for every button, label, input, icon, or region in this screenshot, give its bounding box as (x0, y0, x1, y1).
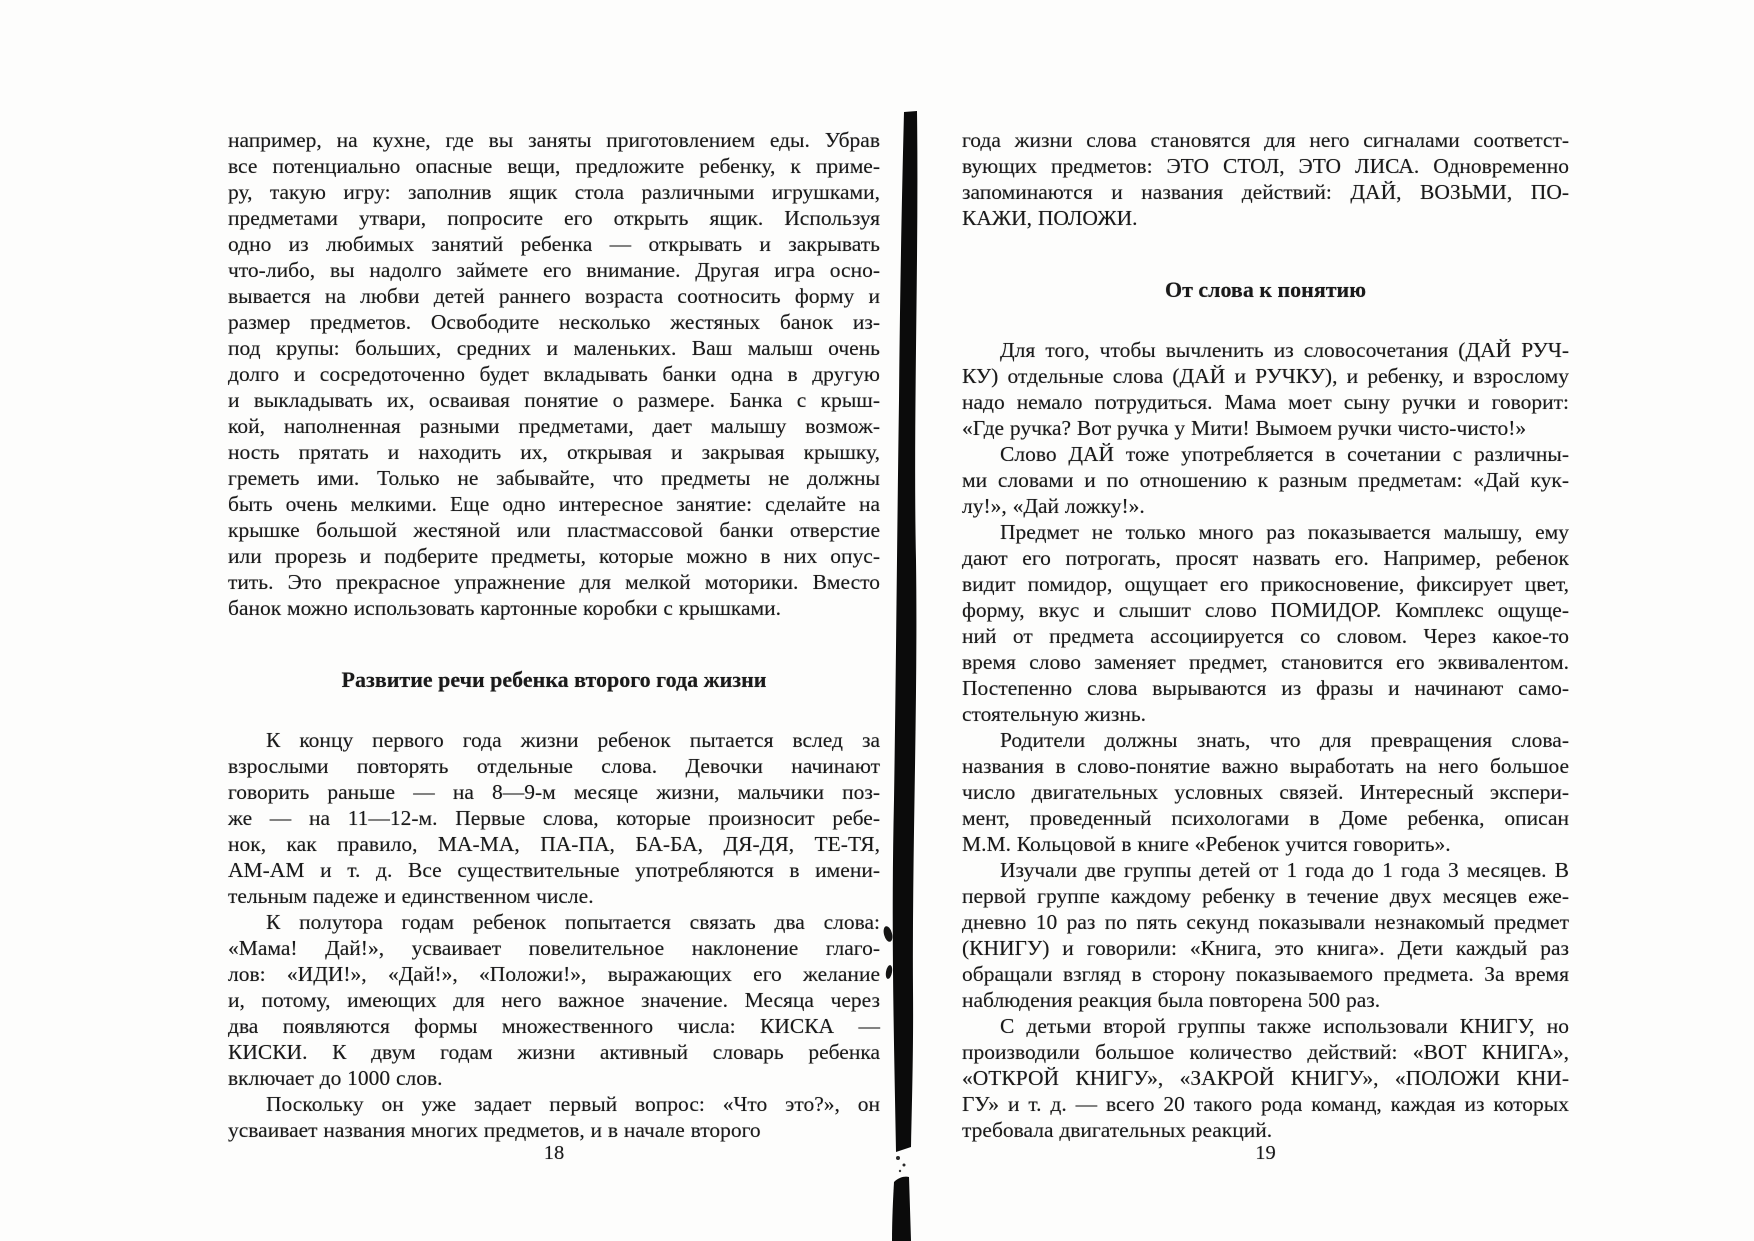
text-line: КАЖИ, ПОЛОЖИ. (962, 205, 1569, 231)
paragraph: К концу первого года жизни ребенок пытае… (228, 727, 880, 909)
text-line: число двигательных условных связей. Инте… (962, 779, 1569, 805)
text-line: что-либо, вы надолго займете его внимани… (228, 257, 880, 283)
text-line: говорить раньше — на 8—9-м месяце жизни,… (228, 779, 880, 805)
text-line: ГУ» и т. д. — всего 20 такого рода коман… (962, 1091, 1569, 1117)
text-line: Для того, чтобы вычленить из словосочета… (962, 337, 1569, 363)
text-line: тить. Это прекрасное упражнение для мелк… (228, 569, 880, 595)
section-heading: Развитие речи ребенка второго года жизни (228, 667, 880, 693)
page-number: 19 (962, 1140, 1569, 1166)
text-line: К полутора годам ребенок попытается связ… (228, 909, 880, 935)
text-line: Постепенно слова вырываются из фразы и н… (962, 675, 1569, 701)
gutter-shadow-bottom (892, 1177, 911, 1241)
text-line: включает до 1000 слов. (228, 1065, 880, 1091)
text-line: под крупы: больших, средних и маленьких.… (228, 335, 880, 361)
text-line: лов: «ИДИ!», «Дай!», «Положи!», выражающ… (228, 961, 880, 987)
text-line: Изучали две группы детей от 1 года до 1 … (962, 857, 1569, 883)
text-line: время слово заменяет предмет, становится… (962, 649, 1569, 675)
page-number: 18 (228, 1140, 880, 1166)
text-line: наблюдения реакция была повторена 500 ра… (962, 987, 1569, 1013)
paragraph: например, на кухне, где вы заняты пригот… (228, 127, 880, 621)
ink-speck (903, 1164, 906, 1167)
text-line: одно из любимых занятий ребенка — открыв… (228, 231, 880, 257)
text-line: банок можно использовать картонные короб… (228, 595, 880, 621)
paragraph: Для того, чтобы вычленить из словосочета… (962, 337, 1569, 441)
paragraph: года жизни слова становятся для него сиг… (962, 127, 1569, 231)
text-line: КУ) отдельные слова (ДАЙ и РУЧКУ), и реб… (962, 363, 1569, 389)
text-line: (КНИГУ) и говорили: «Книга, это книга». … (962, 935, 1569, 961)
text-line: С детьми второй группы также использовал… (962, 1013, 1569, 1039)
text-line: и, потому, имеющих для него важное значе… (228, 987, 880, 1013)
paragraph: С детьми второй группы также использовал… (962, 1013, 1569, 1143)
text-line: М.М. Кольцовой в книге «Ребенок учится г… (962, 831, 1569, 857)
text-line: обращали взгляд в сторону показываемого … (962, 961, 1569, 987)
text-line: «ОТКРОЙ КНИГУ», «ЗАКРОЙ КНИГУ», «ПОЛОЖИ … (962, 1065, 1569, 1091)
ink-speck (899, 1170, 901, 1172)
text-line: взрослыми повторять отдельные слова. Дев… (228, 753, 880, 779)
ink-speck (882, 925, 894, 943)
text-line: ми словами и по отношению к разным предм… (962, 467, 1569, 493)
text-line: К концу первого года жизни ребенок пытае… (228, 727, 880, 753)
text-line: первой группе каждому ребенку в течение … (962, 883, 1569, 909)
page-content: например, на кухне, где вы заняты пригот… (228, 127, 880, 1143)
paragraph: Предмет не только много раз показывается… (962, 519, 1569, 727)
text-line: ру, такую игру: заполнив ящик стола разл… (228, 179, 880, 205)
text-line: лу!», «Дай ложку!». (962, 493, 1569, 519)
text-line: нок, как правило, МА-МА, ПА-ПА, БА-БА, Д… (228, 831, 880, 857)
text-line: названия в слово-понятие важно выработат… (962, 753, 1569, 779)
text-line: «Где ручка? Вот ручка у Мити! Вымоем руч… (962, 415, 1569, 441)
text-line: КИСКИ. К двум годам жизни активный слова… (228, 1039, 880, 1065)
scanned-book-spread: { "document": { "language": "ru", "color… (0, 0, 1754, 1241)
paragraph: Родители должны знать, что для превращен… (962, 727, 1569, 857)
text-line: стоятельную жизнь. (962, 701, 1569, 727)
text-line: два появляются формы множественного числ… (228, 1013, 880, 1039)
page-content: года жизни слова становятся для него сиг… (962, 127, 1569, 1143)
text-line: Предмет не только много раз показывается… (962, 519, 1569, 545)
text-line: и выкладывать их, осваивая понятие о раз… (228, 387, 880, 413)
text-line: Родители должны знать, что для превращен… (962, 727, 1569, 753)
paragraph: Изучали две группы детей от 1 года до 1 … (962, 857, 1569, 1013)
text-line: Слово ДАЙ тоже употребляется в сочетании… (962, 441, 1569, 467)
ink-speck (896, 1156, 900, 1160)
text-line: форму, вкус и слышит слово ПОМИДОР. Комп… (962, 597, 1569, 623)
text-line: крышке большой жестяной или пластмассово… (228, 517, 880, 543)
ink-speck (885, 965, 893, 980)
text-line: Поскольку он уже задает первый вопрос: «… (228, 1091, 880, 1117)
text-line: греметь ими. Только не забывайте, что пр… (228, 465, 880, 491)
page-right: года жизни слова становятся для него сиг… (962, 127, 1569, 1241)
text-line: размер предметов. Освободите несколько ж… (228, 309, 880, 335)
text-line: запоминаются и названия действий: ДАЙ, В… (962, 179, 1569, 205)
text-line: вующих предметов: ЭТО СТОЛ, ЭТО ЛИСА. Од… (962, 153, 1569, 179)
text-line: дают его потрогать, просят назвать его. … (962, 545, 1569, 571)
text-line: например, на кухне, где вы заняты пригот… (228, 127, 880, 153)
text-line: «Мама! Дай!», усваивает повелительное на… (228, 935, 880, 961)
page-left: например, на кухне, где вы заняты пригот… (228, 127, 880, 1241)
paragraph: Слово ДАЙ тоже употребляется в сочетании… (962, 441, 1569, 519)
text-line: же — на 11—12-м. Первые слова, которые п… (228, 805, 880, 831)
text-line: надо немало потрудиться. Мама моет сыну … (962, 389, 1569, 415)
text-line: дневно 10 раз по пять секунд показывали … (962, 909, 1569, 935)
text-line: ность прятать и находить их, открывая и … (228, 439, 880, 465)
text-line: производили большое количество действий:… (962, 1039, 1569, 1065)
text-line: мент, проведенный психологами в Доме реб… (962, 805, 1569, 831)
text-line: тельным падеже и единственном числе. (228, 883, 880, 909)
text-line: АМ-АМ и т. д. Все существительные употре… (228, 857, 880, 883)
text-line: кой, наполненная разными предметами, дае… (228, 413, 880, 439)
text-line: года жизни слова становятся для него сиг… (962, 127, 1569, 153)
text-line: видит помидор, ощущает его прикосновение… (962, 571, 1569, 597)
text-line: или прорезь и подберите предметы, которы… (228, 543, 880, 569)
text-line: быть очень мелкими. Еще одно интересное … (228, 491, 880, 517)
text-line: долго и сосредоточенно будет вкладывать … (228, 361, 880, 387)
paragraph: Поскольку он уже задает первый вопрос: «… (228, 1091, 880, 1143)
paragraph: К полутора годам ребенок попытается связ… (228, 909, 880, 1091)
section-heading: От слова к понятию (962, 277, 1569, 303)
text-line: вывается на любви детей раннего возраста… (228, 283, 880, 309)
text-line: все потенциально опасные вещи, предложит… (228, 153, 880, 179)
text-line: ний от предмета ассоциируется со словом.… (962, 623, 1569, 649)
text-line: предметами утвари, попросите его открыть… (228, 205, 880, 231)
gutter-shadow-main (893, 111, 918, 1152)
